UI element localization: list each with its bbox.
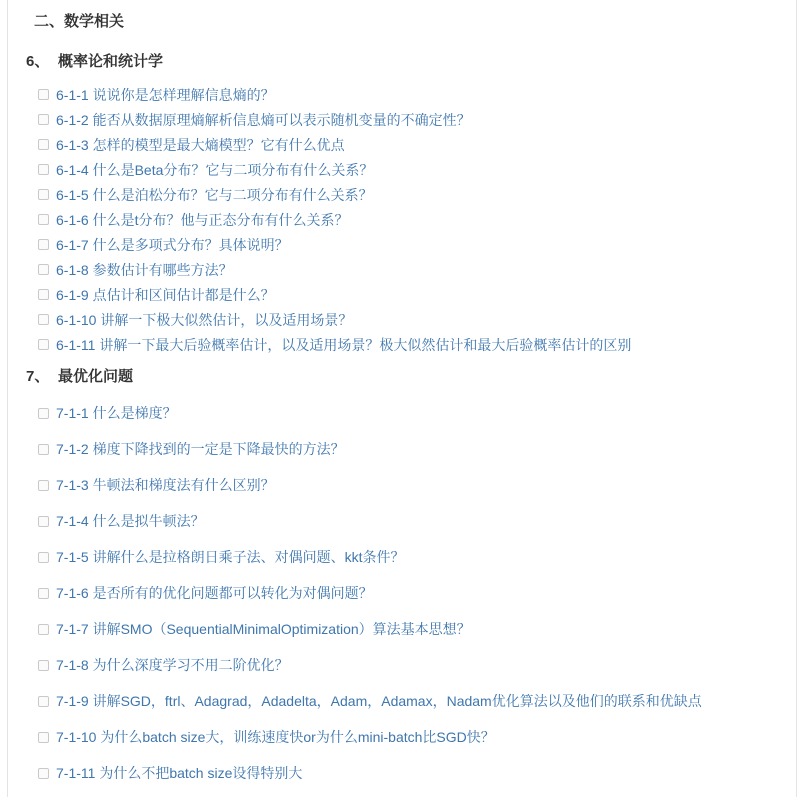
checkbox[interactable] [38, 660, 49, 671]
question-link[interactable]: 7-1-11 为什么不把batch size设得特别大 [56, 764, 302, 782]
checkbox[interactable] [38, 696, 49, 707]
question-item: 6-1-2 能否从数据原理熵解析信息熵可以表示随机变量的不确定性？ [26, 107, 796, 132]
question-link[interactable]: 6-1-6 什么是t分布？他与正态分布有什么关系？ [56, 211, 348, 229]
question-item: 7-1-5 讲解什么是拉格朗日乘子法、对偶问题、kkt条件？ [26, 539, 796, 575]
question-link[interactable]: 7-1-3 牛顿法和梯度法有什么区别？ [56, 476, 275, 494]
section-title: 概率论和统计学 [58, 52, 163, 72]
checkbox[interactable] [38, 289, 49, 300]
checkbox[interactable] [38, 239, 49, 250]
checkbox[interactable] [38, 624, 49, 635]
question-link[interactable]: 7-1-10 为什么batch size大，训练速度快or为什么mini-bat… [56, 728, 495, 746]
section-number: 6、 [26, 52, 58, 72]
checkbox[interactable] [38, 164, 49, 175]
question-link[interactable]: 6-1-9 点估计和区间估计都是什么？ [56, 286, 275, 304]
question-item: 6-1-3 怎样的模型是最大熵模型？它有什么优点 [26, 132, 796, 157]
question-link[interactable]: 7-1-6 是否所有的优化问题都可以转化为对偶问题？ [56, 584, 373, 602]
question-item: 6-1-8 参数估计有哪些方法？ [26, 257, 796, 282]
question-link[interactable]: 7-1-5 讲解什么是拉格朗日乘子法、对偶问题、kkt条件？ [56, 548, 404, 566]
question-link[interactable]: 7-1-2 梯度下降找到的一定是下降最快的方法？ [56, 440, 345, 458]
question-link[interactable]: 6-1-8 参数估计有哪些方法？ [56, 261, 233, 279]
question-item: 6-1-10 讲解一下极大似然估计，以及适用场景？ [26, 307, 796, 332]
question-item: 6-1-7 什么是多项式分布？具体说明？ [26, 232, 796, 257]
question-link[interactable]: 7-1-8 为什么深度学习不用二阶优化？ [56, 656, 289, 674]
question-link[interactable]: 7-1-7 讲解SMO（SequentialMinimalOptimizatio… [56, 620, 471, 638]
question-item: 7-1-6 是否所有的优化问题都可以转化为对偶问题？ [26, 575, 796, 611]
checkbox[interactable] [38, 588, 49, 599]
question-item: 6-1-5 什么是泊松分布？它与二项分布有什么关系？ [26, 182, 796, 207]
checkbox[interactable] [38, 264, 49, 275]
checkbox[interactable] [38, 480, 49, 491]
question-link[interactable]: 6-1-7 什么是多项式分布？具体说明？ [56, 236, 289, 254]
question-list-probability: 6-1-1 说说你是怎样理解信息熵的？ 6-1-2 能否从数据原理熵解析信息熵可… [26, 82, 796, 357]
checkbox[interactable] [38, 444, 49, 455]
question-item: 6-1-9 点估计和区间估计都是什么？ [26, 282, 796, 307]
question-item: 7-1-1 什么是梯度？ [26, 395, 796, 431]
checkbox[interactable] [38, 139, 49, 150]
question-item: 6-1-11 讲解一下最大后验概率估计，以及适用场景？极大似然估计和最大后验概率… [26, 332, 796, 357]
content-panel: 二、数学相关 6、 概率论和统计学 6-1-1 说说你是怎样理解信息熵的？ 6-… [7, 0, 797, 797]
checkbox[interactable] [38, 114, 49, 125]
section-title: 最优化问题 [58, 367, 133, 387]
checkbox[interactable] [38, 189, 49, 200]
question-item: 7-1-9 讲解SGD，ftrl、Adagrad，Adadelta，Adam，A… [26, 683, 796, 719]
page-title: 二、数学相关 [34, 12, 796, 32]
question-item: 7-1-3 牛顿法和梯度法有什么区别？ [26, 467, 796, 503]
question-link[interactable]: 6-1-4 什么是Beta分布？它与二项分布有什么关系？ [56, 161, 373, 179]
checkbox[interactable] [38, 732, 49, 743]
question-link[interactable]: 6-1-10 讲解一下极大似然估计，以及适用场景？ [56, 311, 352, 329]
question-link[interactable]: 6-1-3 怎样的模型是最大熵模型？它有什么优点 [56, 136, 345, 154]
question-item: 7-1-8 为什么深度学习不用二阶优化？ [26, 647, 796, 683]
question-link[interactable]: 7-1-9 讲解SGD，ftrl、Adagrad，Adadelta，Adam，A… [56, 692, 702, 710]
question-item: 7-1-4 什么是拟牛顿法？ [26, 503, 796, 539]
checkbox[interactable] [38, 89, 49, 100]
checkbox[interactable] [38, 768, 49, 779]
section-number: 7、 [26, 367, 58, 387]
question-link[interactable]: 7-1-4 什么是拟牛顿法？ [56, 512, 205, 530]
checkbox[interactable] [38, 552, 49, 563]
question-link[interactable]: 6-1-5 什么是泊松分布？它与二项分布有什么关系？ [56, 186, 373, 204]
section-heading-optimization: 7、 最优化问题 [26, 367, 796, 387]
checkbox[interactable] [38, 408, 49, 419]
question-item: 6-1-4 什么是Beta分布？它与二项分布有什么关系？ [26, 157, 796, 182]
question-link[interactable]: 7-1-1 什么是梯度？ [56, 404, 177, 422]
question-link[interactable]: 6-1-11 讲解一下最大后验概率估计，以及适用场景？极大似然估计和最大后验概率… [56, 336, 631, 354]
question-item: 7-1-10 为什么batch size大，训练速度快or为什么mini-bat… [26, 719, 796, 755]
question-list-optimization: 7-1-1 什么是梯度？ 7-1-2 梯度下降找到的一定是下降最快的方法？ 7-… [26, 395, 796, 791]
question-item: 6-1-6 什么是t分布？他与正态分布有什么关系？ [26, 207, 796, 232]
question-item: 7-1-2 梯度下降找到的一定是下降最快的方法？ [26, 431, 796, 467]
checkbox[interactable] [38, 339, 49, 350]
section-heading-probability: 6、 概率论和统计学 [26, 52, 796, 72]
checkbox[interactable] [38, 314, 49, 325]
question-item: 6-1-1 说说你是怎样理解信息熵的？ [26, 82, 796, 107]
question-item: 7-1-11 为什么不把batch size设得特别大 [26, 755, 796, 791]
question-link[interactable]: 6-1-2 能否从数据原理熵解析信息熵可以表示随机变量的不确定性？ [56, 111, 471, 129]
question-item: 7-1-7 讲解SMO（SequentialMinimalOptimizatio… [26, 611, 796, 647]
checkbox[interactable] [38, 516, 49, 527]
document-page: 二、数学相关 6、 概率论和统计学 6-1-1 说说你是怎样理解信息熵的？ 6-… [0, 0, 800, 797]
checkbox[interactable] [38, 214, 49, 225]
question-link[interactable]: 6-1-1 说说你是怎样理解信息熵的？ [56, 86, 275, 104]
